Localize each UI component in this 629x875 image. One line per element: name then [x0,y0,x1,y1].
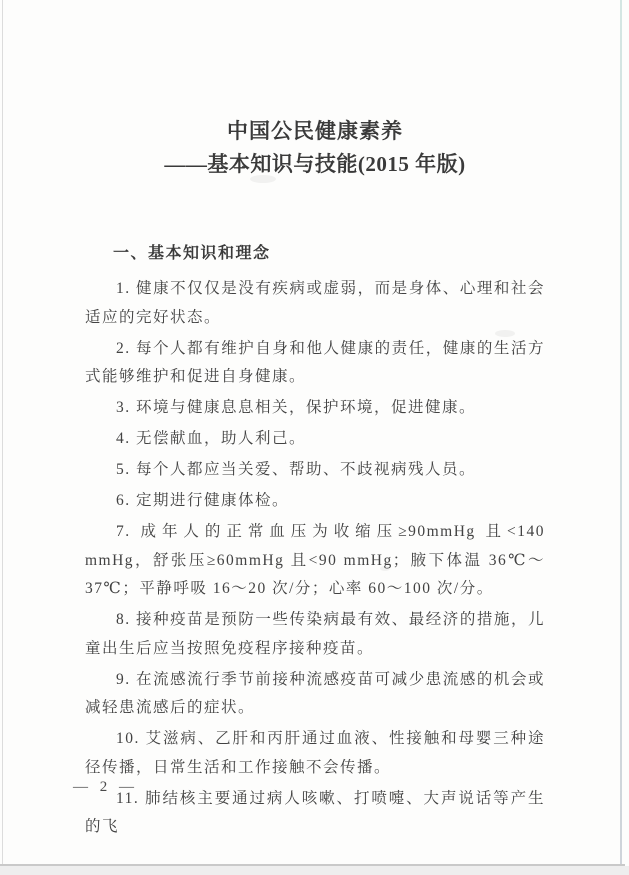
scanned-document-page: 中国公民健康素养 ——基本知识与技能(2015 年版) 一、基本知识和理念 1.… [0,0,629,875]
list-item: 10. 艾滋病、乙肝和丙肝通过血液、性接触和母婴三种途径传播，日常生活和工作接触… [85,725,545,782]
list-item: 8. 接种疫苗是预防一些传染病最有效、最经济的措施，儿童出生后应当按照免疫程序接… [85,606,545,663]
section-heading: 一、基本知识和理念 [113,240,545,263]
document-title: 中国公民健康素养 [85,116,545,146]
list-item: 7. 成年人的正常血压为收缩压≥90mmHg 且<140 mmHg，舒张压≥60… [85,518,545,604]
list-item: 9. 在流感流行季节前接种流感疫苗可减少患流感的机会或减轻患流感后的症状。 [85,666,545,723]
paper-edge-left [2,0,3,866]
list-item: 3. 环境与健康息息相关，保护环境，促进健康。 [85,394,545,423]
list-item: 4. 无偿献血，助人利己。 [85,425,545,454]
scanner-background-strip [0,866,629,875]
list-item: 2. 每个人都有维护自身和他人健康的责任，健康的生活方式能够维护和促进自身健康。 [85,335,545,392]
list-item: 11. 肺结核主要通过病人咳嗽、打喷嚏、大声说话等产生的飞 [85,785,545,842]
list-item: 5. 每个人都应当关爱、帮助、不歧视病残人员。 [85,456,545,485]
list-item: 1. 健康不仅仅是没有疾病或虚弱，而是身体、心理和社会适应的完好状态。 [85,275,545,332]
paper-edge-right [620,0,622,866]
item-list: 1. 健康不仅仅是没有疾病或虚弱，而是身体、心理和社会适应的完好状态。2. 每个… [85,275,545,842]
document-subtitle: ——基本知识与技能(2015 年版) [85,149,545,179]
page-number: — 2 — [73,779,138,796]
list-item: 6. 定期进行健康体检。 [85,487,545,516]
page-content: 中国公民健康素养 ——基本知识与技能(2015 年版) 一、基本知识和理念 1.… [85,116,545,844]
